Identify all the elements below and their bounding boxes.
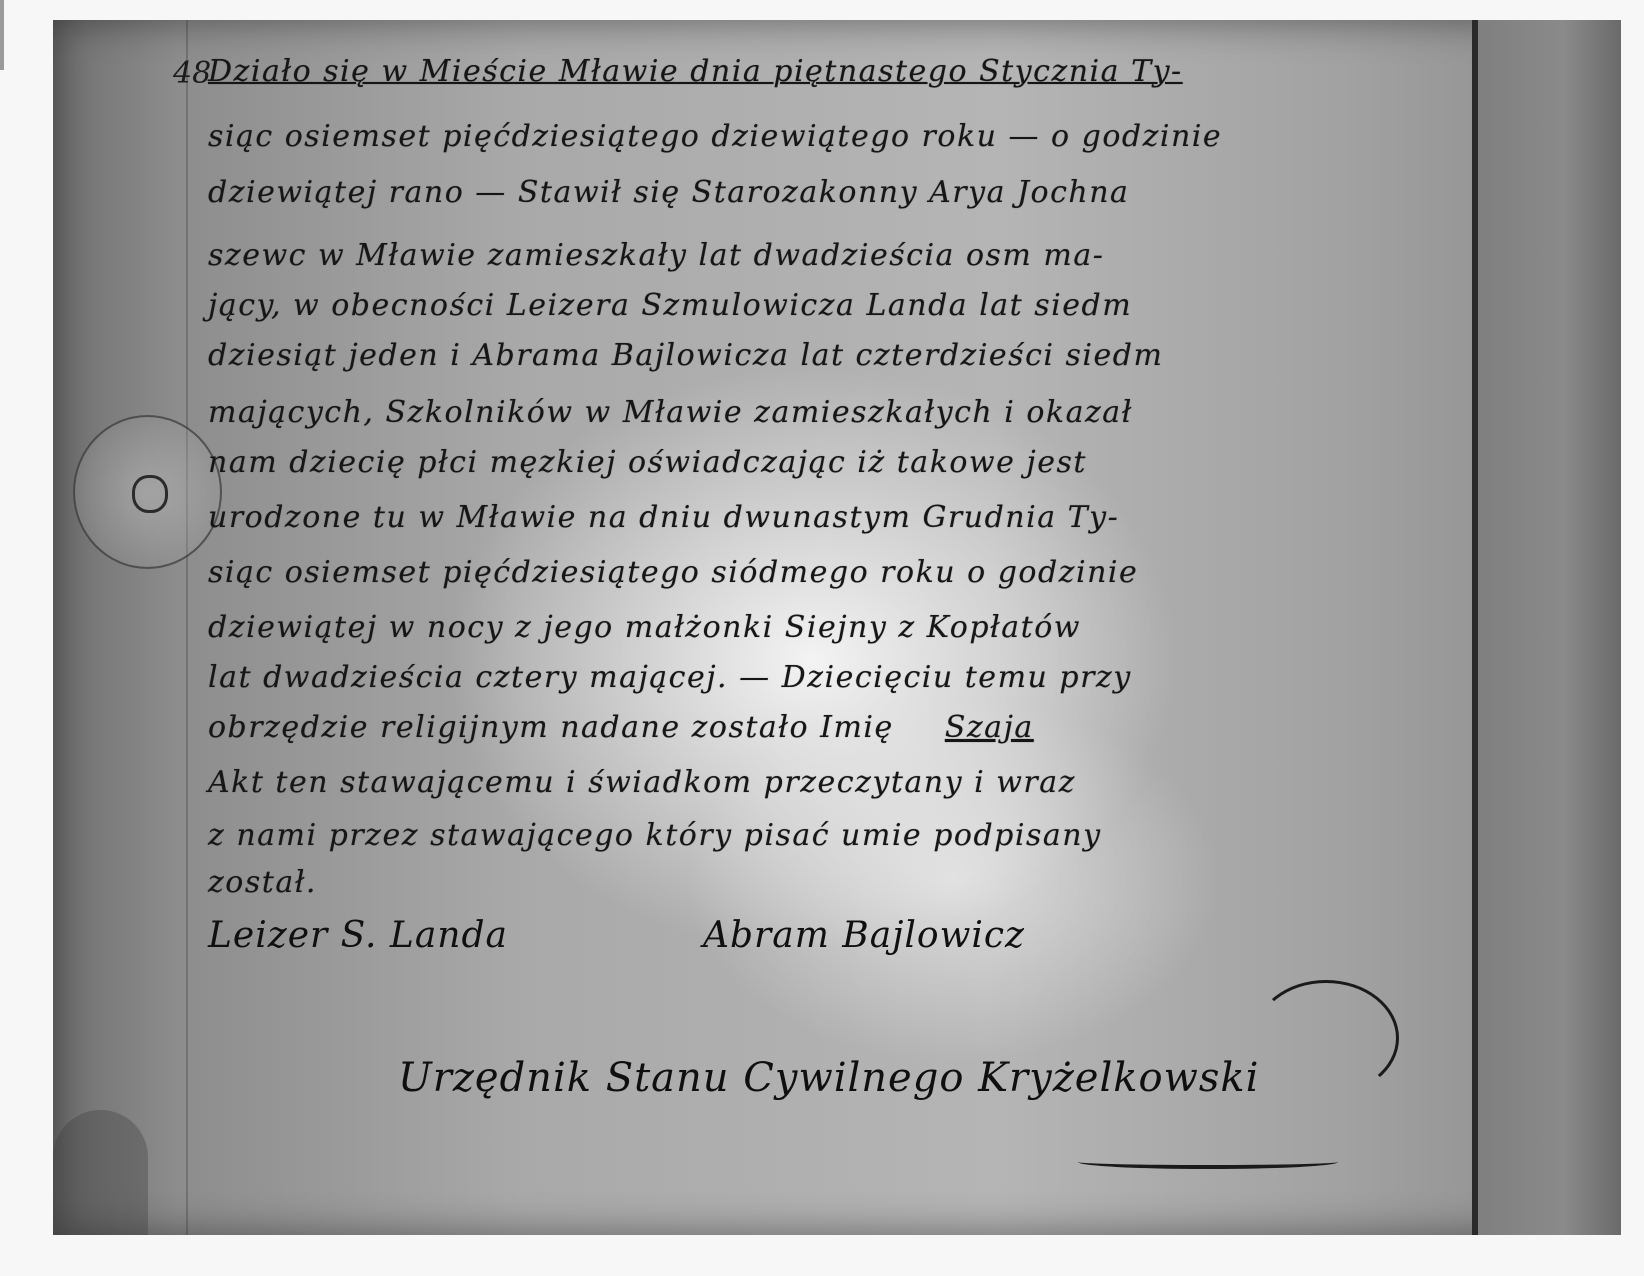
record-line-15: z nami przez stawającego który pisać umi…: [208, 818, 1468, 853]
margin-rule: [186, 20, 188, 1235]
record-line-8: nam dziecię płci męzkiej oświadczając iż…: [208, 445, 1468, 480]
seal-emblem-icon: [132, 475, 168, 513]
record-line-5: jący, w obecności Leizera Szmulowicza La…: [208, 288, 1468, 323]
record-line-11: dziewiątej w nocy z jego małżonki Siejny…: [208, 610, 1468, 645]
record-line-6: dziesiąt jeden i Abrama Bajlowicza lat c…: [208, 338, 1468, 373]
record-line-1: Działo się w Mieście Mławie dnia piętnas…: [208, 54, 1468, 89]
scan-edge-strip: [0, 0, 4, 70]
signature-official: Urzędnik Stanu Cywilnego Kryżelkowski: [398, 1055, 1259, 1101]
record-line-4: szewc w Mławie zamieszkały lat dwadzieśc…: [208, 238, 1468, 273]
record-line-9: urodzone tu w Mławie na dniu dwunastym G…: [208, 500, 1468, 535]
signature-witness-1: Leizer S. Landa: [208, 915, 508, 956]
right-margin-panel: [1478, 20, 1621, 1235]
rite-text: obrzędzie religijnym nadane zostało Imię: [208, 710, 894, 745]
record-line-10: siąc osiemset pięćdziesiątego siódmego r…: [208, 555, 1468, 590]
record-line-16: został.: [208, 865, 1468, 900]
record-line-12: lat dwadzieścia cztery mającej. — Dzieci…: [208, 660, 1468, 695]
given-name: Szaja: [945, 710, 1034, 745]
record-line-3: dziewiątej rano — Stawił się Starozakonn…: [208, 175, 1468, 210]
signature-witness-2: Abram Bajlowicz: [703, 915, 1025, 956]
signature-flourish: [1253, 980, 1399, 1096]
record-line-14: Akt ten stawającemu i świadkom przeczyta…: [208, 765, 1468, 800]
official-flourish: [1078, 1155, 1338, 1169]
corner-stain: [53, 1110, 148, 1235]
entry-number: 48: [173, 56, 211, 91]
seal-stamp-icon: [73, 415, 222, 569]
record-line-2: siąc osiemset pięćdziesiątego dziewiąteg…: [208, 119, 1468, 154]
document-photo: 48 Działo się w Mieście Mławie dnia pięt…: [53, 20, 1621, 1235]
record-line-7: mających, Szkolników w Mławie zamieszkał…: [208, 395, 1468, 430]
record-line-13: obrzędzie religijnym nadane zostało Imię…: [208, 710, 1468, 745]
